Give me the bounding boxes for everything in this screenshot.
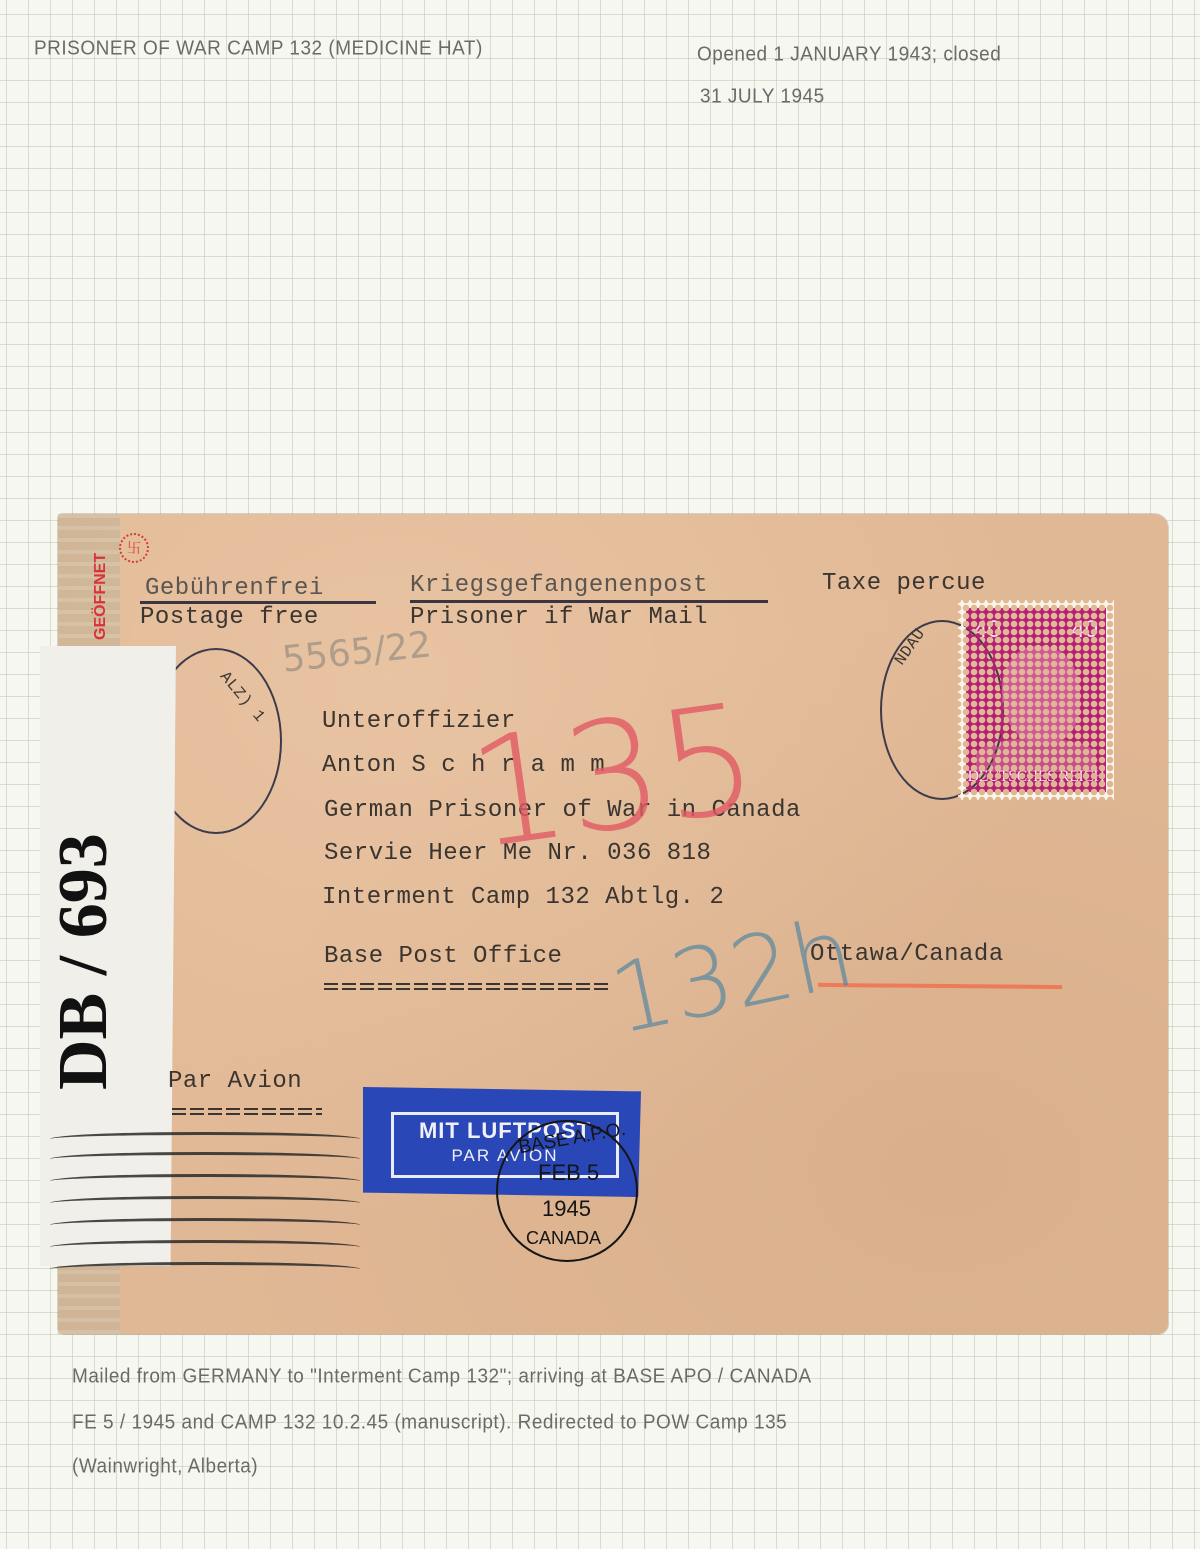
caption-line-2: FE 5 / 1945 and CAMP 132 10.2.45 (manusc… bbox=[72, 1411, 787, 1435]
machine-cancel-wave bbox=[50, 1196, 360, 1203]
caption-line-1: Mailed from GERMANY to "Interment Camp 1… bbox=[72, 1365, 812, 1389]
par-avion-underline bbox=[172, 1108, 322, 1115]
stamp-value-right: 40 bbox=[1071, 616, 1098, 644]
censor-tape-text: GEÖFFNET bbox=[92, 553, 110, 640]
apo-postmark-date: FEB 5 bbox=[538, 1160, 599, 1186]
stamp-country: DEUTSCHES REICH bbox=[966, 768, 1106, 786]
machine-cancel-wave bbox=[50, 1240, 360, 1247]
franking-pow-de: Kriegsgefangenenpost bbox=[410, 572, 708, 599]
machine-cancel-wave bbox=[50, 1152, 360, 1159]
address-double-underline bbox=[324, 983, 610, 990]
page-header-title: PRISONER OF WAR CAMP 132 (MEDICINE HAT) bbox=[34, 37, 483, 61]
machine-cancel-wave bbox=[50, 1262, 360, 1269]
franking-pow-en: Prisoner if War Mail bbox=[410, 604, 708, 631]
postage-stamp: 40 40 DEUTSCHES REICH bbox=[958, 600, 1114, 800]
stamp-design: 40 40 DEUTSCHES REICH bbox=[966, 608, 1106, 792]
machine-cancel-wave bbox=[50, 1174, 360, 1181]
franking-free-en: Postage free bbox=[140, 604, 319, 631]
machine-cancel-wave bbox=[50, 1218, 360, 1225]
censor-seal-icon: 卐 bbox=[119, 533, 149, 563]
caption-line-3: (Wainwright, Alberta) bbox=[72, 1455, 258, 1479]
censor-label-number: DB / 693 bbox=[44, 833, 124, 1090]
page-header-dates-line1: Opened 1 JANUARY 1943; closed bbox=[697, 43, 1001, 67]
address-line-post-office: Base Post Office bbox=[324, 943, 562, 970]
par-avion-typed: Par Avion bbox=[168, 1068, 302, 1095]
base-apo-postmark: BASE A.P.O. FEB 5 1945 CANADA bbox=[496, 1120, 638, 1262]
stamp-portrait-head bbox=[1002, 646, 1080, 744]
franking-free-de: Gebührenfrei bbox=[145, 575, 324, 602]
franking-taxe-percue: Taxe percue bbox=[822, 570, 986, 597]
apo-postmark-year: 1945 bbox=[542, 1196, 591, 1222]
machine-cancel-wave bbox=[50, 1132, 360, 1139]
apo-postmark-bottom: CANADA bbox=[526, 1228, 601, 1249]
address-line-camp: Interment Camp 132 Abtlg. 2 bbox=[322, 884, 724, 911]
stamp-value-left: 40 bbox=[974, 616, 1001, 644]
franking-rule-mid bbox=[410, 600, 768, 603]
page-header-dates-line2: 31 JULY 1945 bbox=[700, 85, 825, 109]
